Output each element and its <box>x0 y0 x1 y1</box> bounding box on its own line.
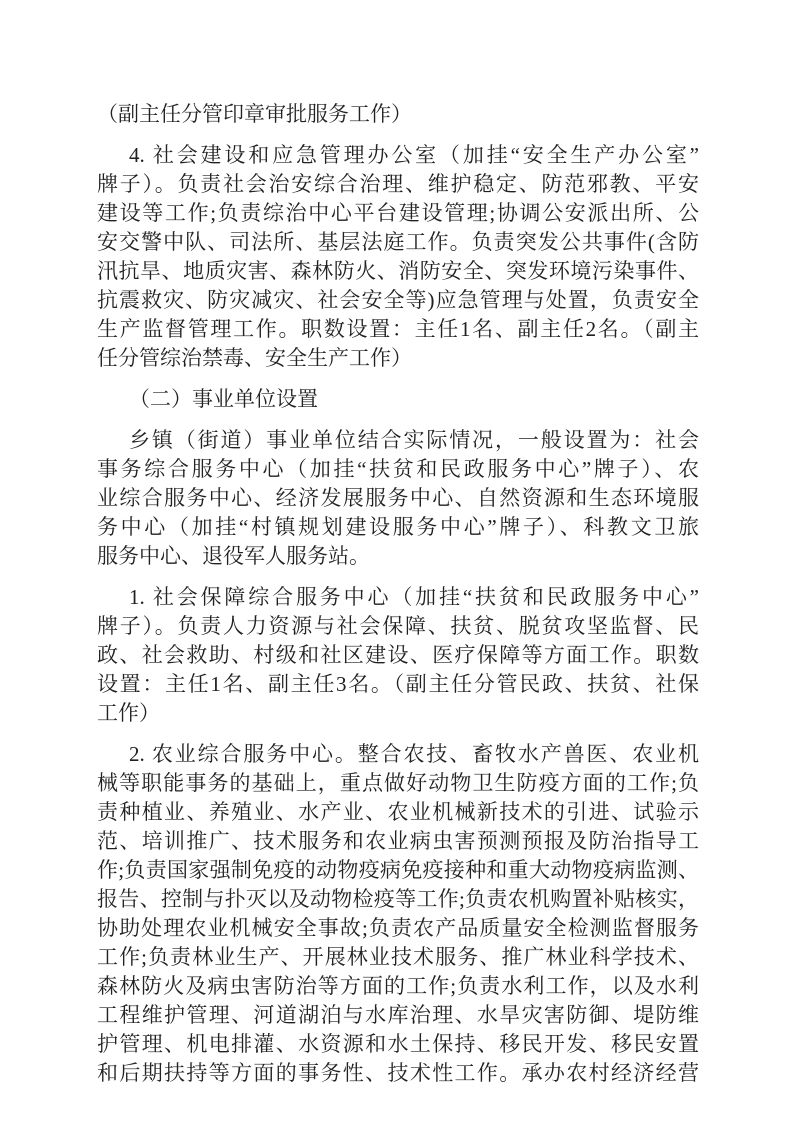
text-line: 设置：主任1名、副主任3名。（副主任分管民政、扶贫、社保 <box>97 670 699 699</box>
text-line: 森林防火及病虫害防治等方面的工作;负责水利工作，以及水利 <box>97 972 699 1001</box>
text-line: 事务综合服务中心（加挂“扶贫和民政服务中心”牌子）、农 <box>97 455 699 484</box>
paragraph-intro-township-institution-setup: 乡镇（街道）事业单位结合实际情况，一般设置为：社会 事务综合服务中心（加挂“扶贫… <box>97 426 699 571</box>
text-line: 安交警中队、司法所、基层法庭工作。负责突发公共事件(含防 <box>97 228 699 257</box>
heading-section-2-public-institutions: （二）事业单位设置 <box>97 385 699 414</box>
text-line: 牌子）。负责社会治安综合治理、维护稳定、防范邪教、平安 <box>97 170 699 199</box>
text-line: 和后期扶持等方面的事务性、技术性工作。承办农村经济经营 <box>97 1059 699 1088</box>
text-line: 牌子）。负责人力资源与社会保障、扶贫、脱贫攻坚监督、民 <box>97 612 699 641</box>
text-line: （副主任分管印章审批服务工作） <box>97 100 699 129</box>
text-line: 汛抗旱、地质灾害、森林防火、消防安全、突发环境污染事件、 <box>97 257 699 286</box>
paragraph-carryover-seal-approval-note: （副主任分管印章审批服务工作） <box>97 100 699 129</box>
text-line: 1. 社会保障综合服务中心（加挂“扶贫和民政服务中心” <box>97 583 699 612</box>
text-line: 协助处理农业机械安全事故;负责农产品质量安全检测监督服务 <box>97 914 699 943</box>
text-line: 生产监督管理工作。职数设置：主任1名、副主任2名。（副主 <box>97 315 699 344</box>
text-line: 抗震救灾、防灾减灾、社会安全等)应急管理与处置，负责安全 <box>97 286 699 315</box>
text-line: 作;负责国家强制免疫的动物疫病免疫接种和重大动物疫病监测、 <box>97 856 699 885</box>
text-line: 2. 农业综合服务中心。整合农技、畜牧水产兽医、农业机 <box>97 740 699 769</box>
document-content: （副主任分管印章审批服务工作） 4. 社会建设和应急管理办公室（加挂“安全生产办… <box>97 100 699 1088</box>
text-line: 服务中心、退役军人服务站。 <box>97 542 699 571</box>
text-line: 业综合服务中心、经济发展服务中心、自然资源和生态环境服 <box>97 484 699 513</box>
text-line: 范、培训推广、技术服务和农业病虫害预测预报及防治指导工 <box>97 827 699 856</box>
paragraph-item-4-social-construction-emergency-office: 4. 社会建设和应急管理办公室（加挂“安全生产办公室” 牌子）。负责社会治安综合… <box>97 141 699 373</box>
paragraph-item-1-social-security-service-center: 1. 社会保障综合服务中心（加挂“扶贫和民政服务中心” 牌子）。负责人力资源与社… <box>97 583 699 728</box>
paragraph-item-2-agriculture-service-center: 2. 农业综合服务中心。整合农技、畜牧水产兽医、农业机 械等职能事务的基础上，重… <box>97 740 699 1088</box>
text-line: 4. 社会建设和应急管理办公室（加挂“安全生产办公室” <box>97 141 699 170</box>
text-line: 任分管综治禁毒、安全生产工作） <box>97 344 699 373</box>
text-line: 护管理、机电排灌、水资源和水土保持、移民开发、移民安置 <box>97 1030 699 1059</box>
text-line: 责种植业、养殖业、水产业、农业机械新技术的引进、试验示 <box>97 798 699 827</box>
text-line: 务中心（加挂“村镇规划建设服务中心”牌子）、科教文卫旅 <box>97 513 699 542</box>
text-line: 报告、控制与扑灭以及动物检疫等工作;负责农机购置补贴核实， <box>97 885 699 914</box>
text-line: 工程维护管理、河道湖泊与水库治理、水旱灾害防御、堤防维 <box>97 1001 699 1030</box>
section-heading: （二）事业单位设置 <box>97 385 699 414</box>
document-page: （副主任分管印章审批服务工作） 4. 社会建设和应急管理办公室（加挂“安全生产办… <box>0 0 793 1122</box>
text-line: 政、社会救助、村级和社区建设、医疗保障等方面工作。职数 <box>97 641 699 670</box>
text-line: 乡镇（街道）事业单位结合实际情况，一般设置为：社会 <box>97 426 699 455</box>
text-line: 工作） <box>97 699 699 728</box>
text-line: 械等职能事务的基础上，重点做好动物卫生防疫方面的工作;负 <box>97 769 699 798</box>
text-line: 工作;负责林业生产、开展林业技术服务、推广林业科学技术、 <box>97 943 699 972</box>
text-line: 建设等工作;负责综治中心平台建设管理;协调公安派出所、公 <box>97 199 699 228</box>
